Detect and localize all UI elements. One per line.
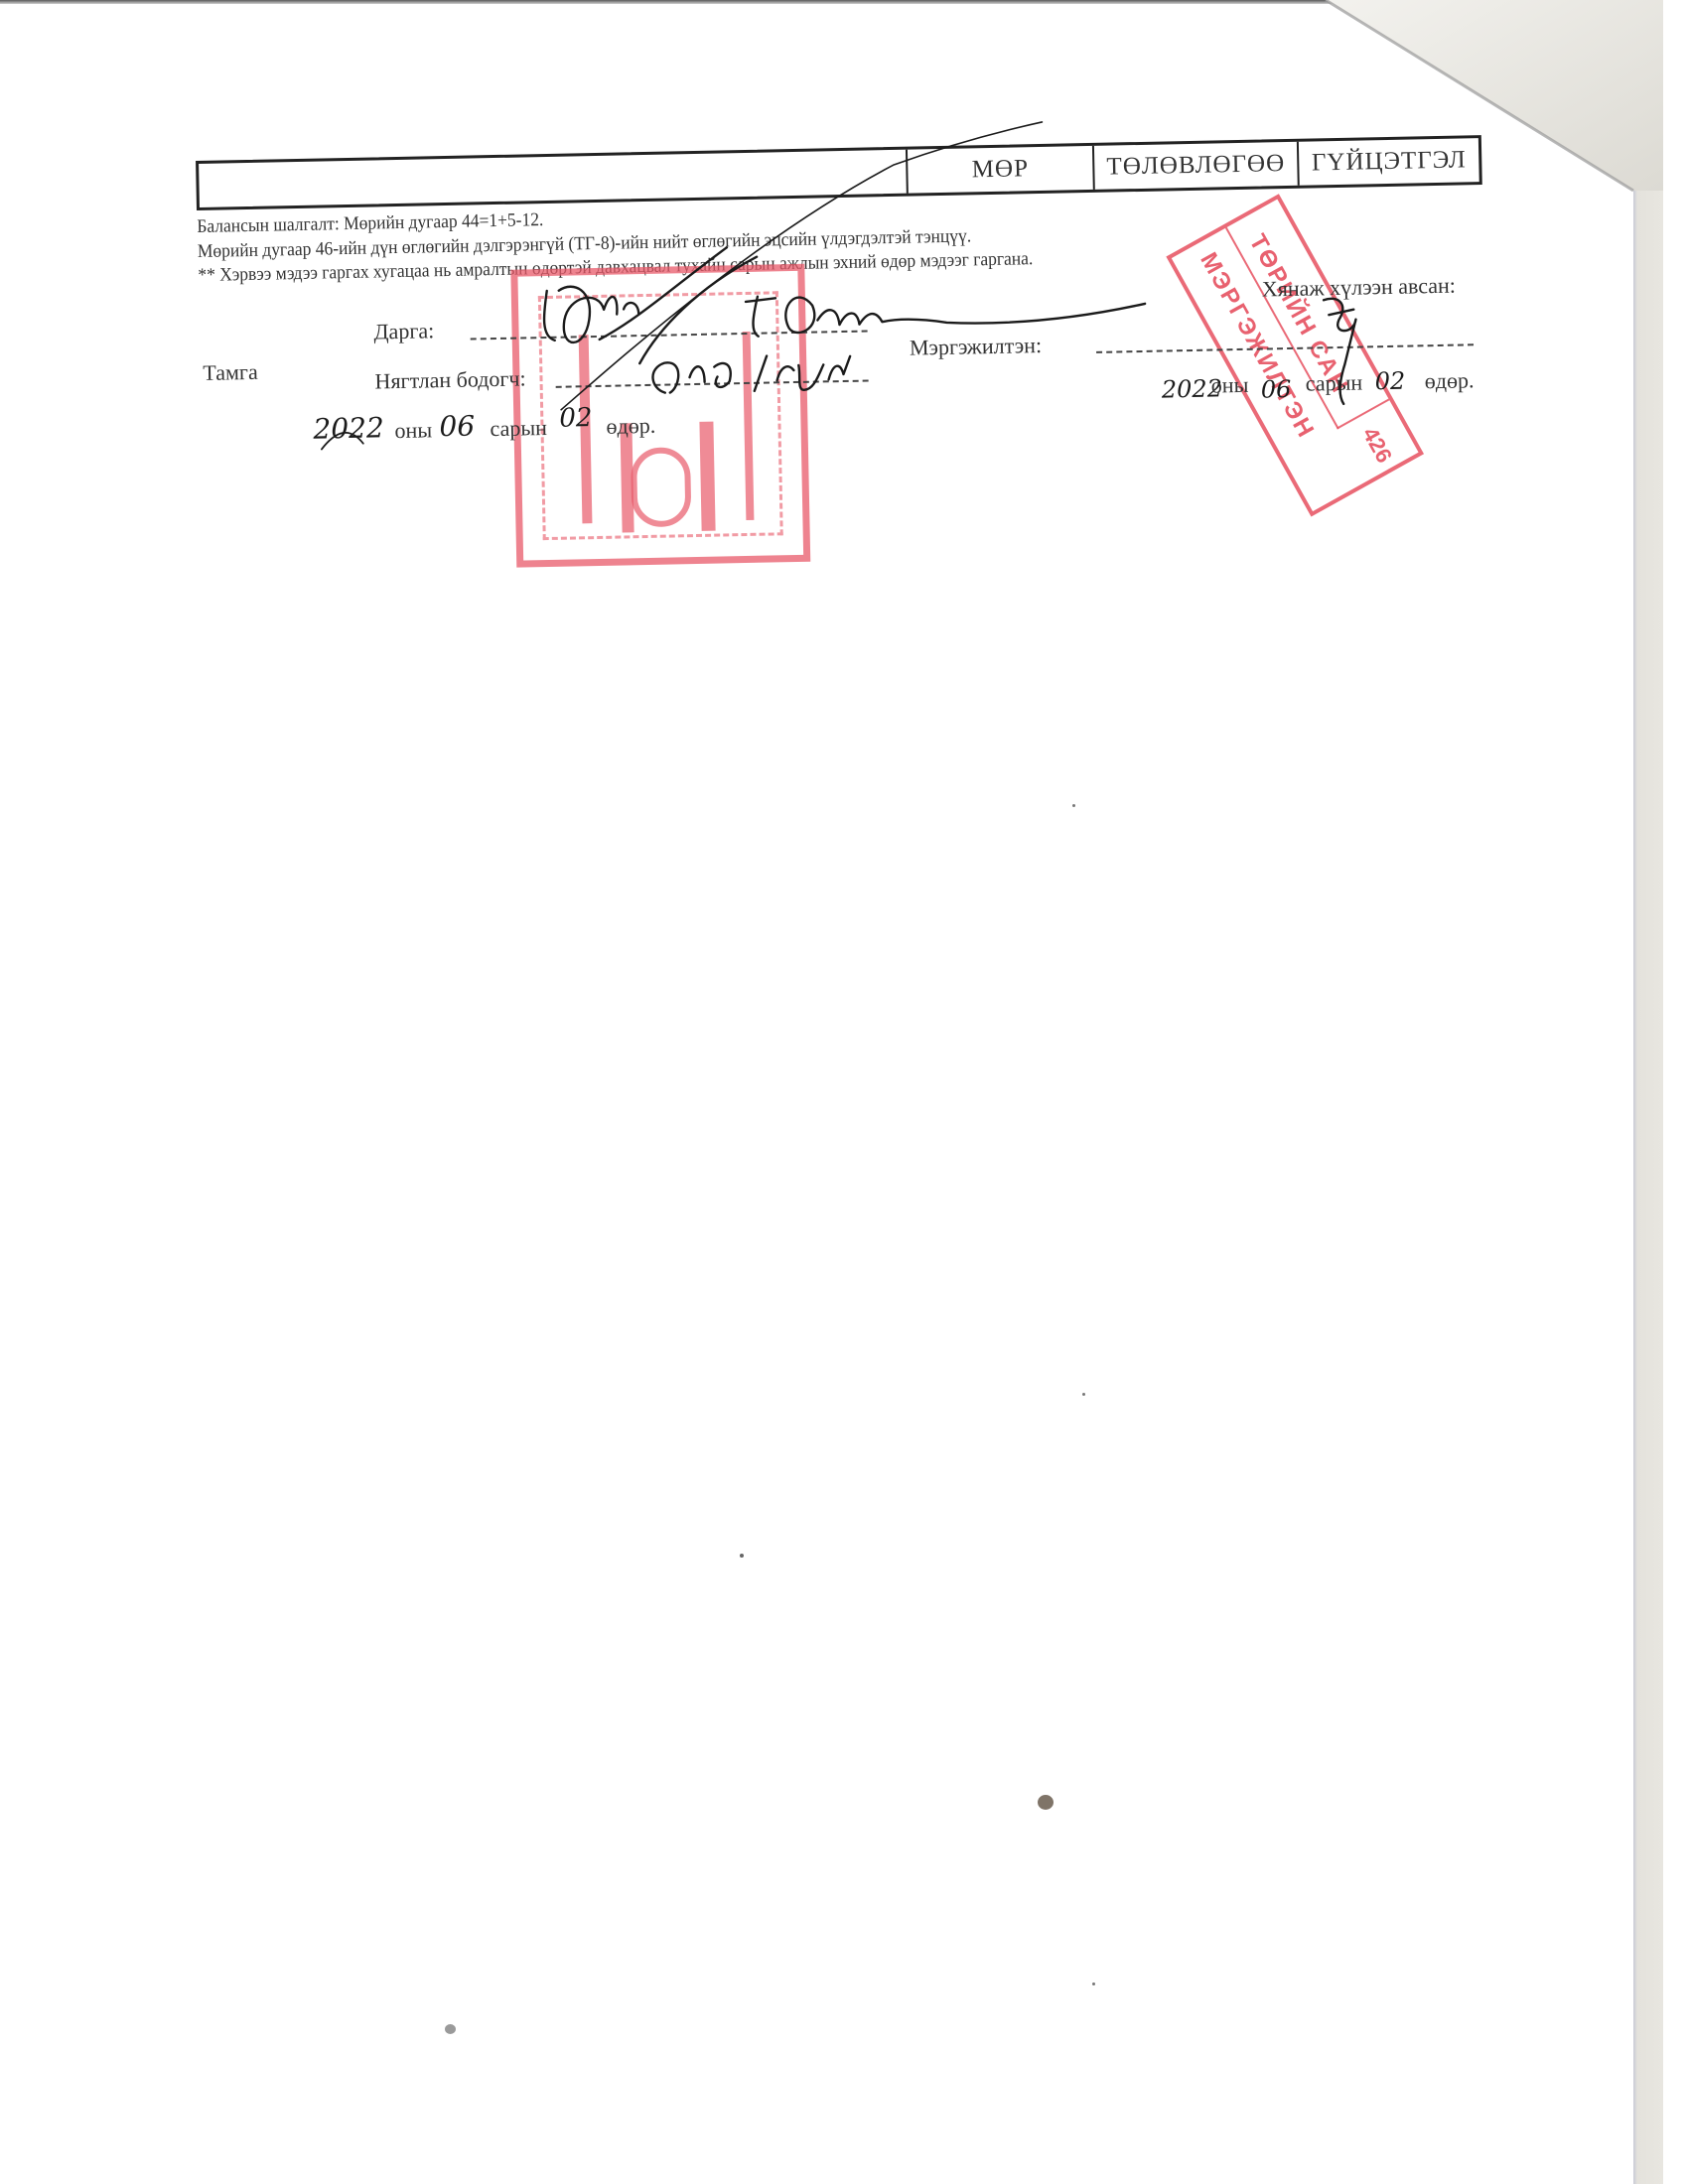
scan-speck [445,2024,456,2034]
document-page: МӨР ТӨЛӨВЛӨГӨӨ ГҮЙЦЭТГЭЛ Балансын шалгал… [0,0,1688,2184]
scan-speck [1082,1393,1085,1396]
scan-speck [1092,1982,1095,1985]
handwritten-signatures [0,0,1688,2184]
scan-speck [1038,1795,1054,1810]
scan-speck [740,1554,744,1558]
scan-margin [1663,0,1688,2184]
scan-speck [1072,804,1075,807]
scanner-bed-edge [1633,189,1663,2184]
